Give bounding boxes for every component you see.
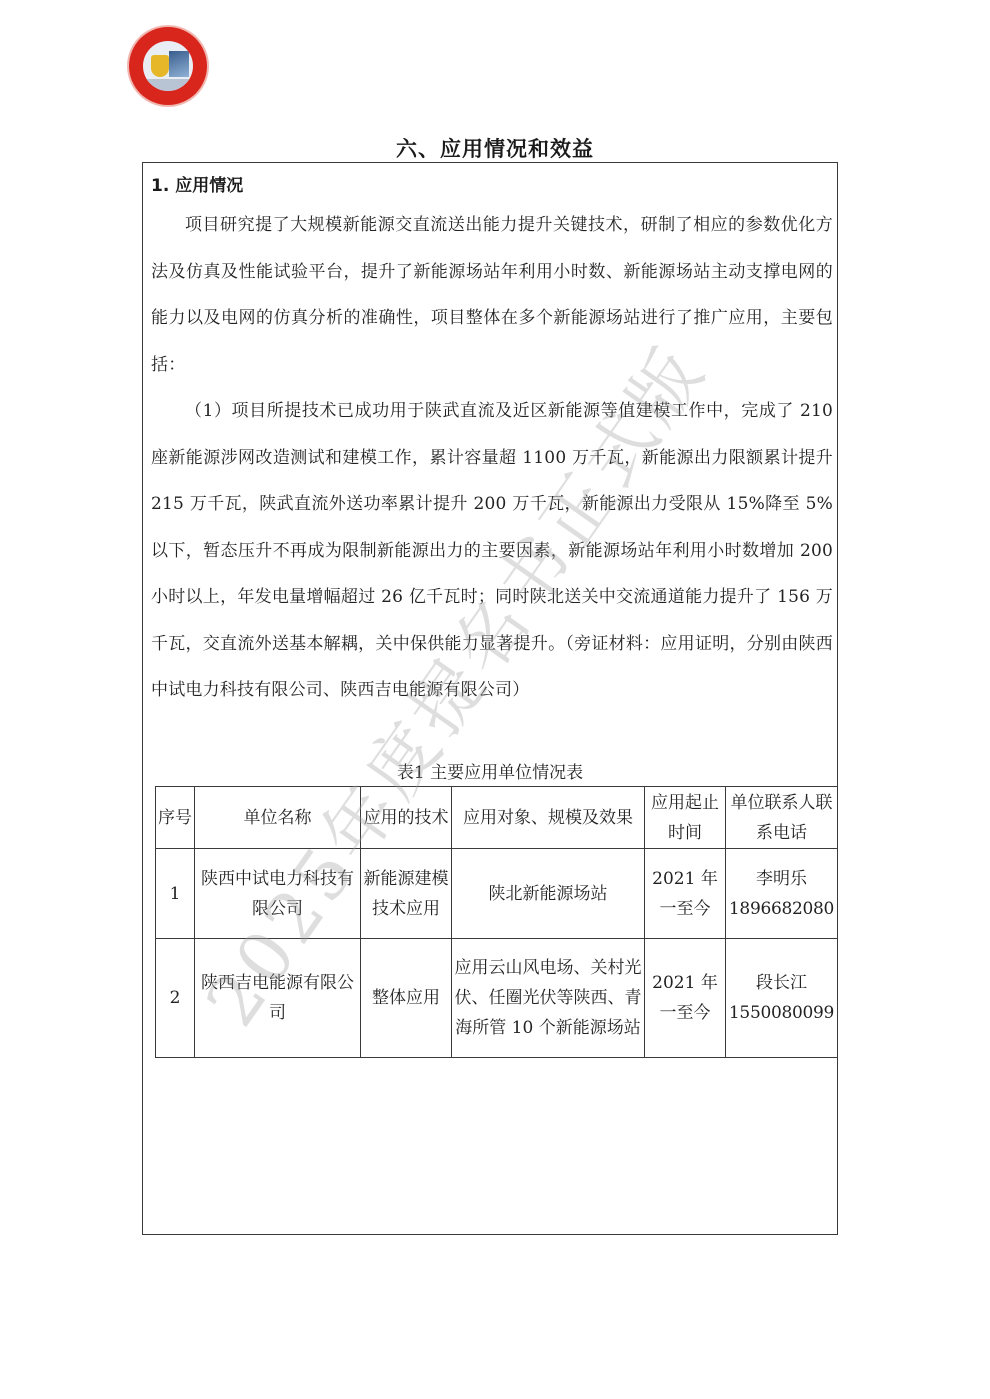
contact-phone: 1550080099	[728, 998, 835, 1028]
header-unit: 单位名称	[195, 787, 361, 849]
paragraph-item-1: （1）项目所提技术已成功用于陕武直流及近区新能源等值建模工作中，完成了 210 …	[151, 388, 833, 714]
cell-period: 2021 年一至今	[645, 849, 726, 939]
contact-name: 李明乐	[728, 864, 835, 894]
paragraph-intro: 项目研究提了大规模新能源交直流送出能力提升关键技术，研制了相应的参数优化方法及仿…	[151, 202, 833, 388]
cell-no: 1	[156, 849, 195, 939]
building-icon	[169, 51, 189, 77]
organization-seal-logo	[129, 27, 207, 105]
cell-unit: 陕西中试电力科技有限公司	[195, 849, 361, 939]
cell-period: 2021 年一至今	[645, 939, 726, 1058]
cell-tech: 新能源建模技术应用	[361, 849, 452, 939]
page-title: 六、应用情况和效益	[0, 133, 990, 163]
trophy-icon	[151, 55, 169, 77]
cell-contact: 李明乐 1896682080	[726, 849, 838, 939]
table-row: 2 陕西吉电能源有限公司 整体应用 应用云山风电场、关村光伏、任圈光伏等陕西、青…	[156, 939, 838, 1058]
table-caption: 表1 主要应用单位情况表	[143, 758, 837, 783]
cell-target: 陕北新能源场站	[452, 849, 645, 939]
seal-emblem-icon	[143, 41, 193, 91]
cell-no: 2	[156, 939, 195, 1058]
cell-contact: 段长江 1550080099	[726, 939, 838, 1058]
application-units-table: 序号 单位名称 应用的技术 应用对象、规模及效果 应用起止时间 单位联系人联系电…	[155, 786, 838, 1058]
header-tech: 应用的技术	[361, 787, 452, 849]
header-period: 应用起止时间	[645, 787, 726, 849]
header-no: 序号	[156, 787, 195, 849]
header-target: 应用对象、规模及效果	[452, 787, 645, 849]
table-header-row: 序号 单位名称 应用的技术 应用对象、规模及效果 应用起止时间 单位联系人联系电…	[156, 787, 838, 849]
header-contact: 单位联系人联系电话	[726, 787, 838, 849]
table-row: 1 陕西中试电力科技有限公司 新能源建模技术应用 陕北新能源场站 2021 年一…	[156, 849, 838, 939]
section-heading: 1. 应用情况	[151, 171, 243, 196]
cell-unit: 陕西吉电能源有限公司	[195, 939, 361, 1058]
content-frame: 1. 应用情况 项目研究提了大规模新能源交直流送出能力提升关键技术，研制了相应的…	[142, 162, 838, 1235]
cell-target: 应用云山风电场、关村光伏、任圈光伏等陕西、青海所管 10 个新能源场站	[452, 939, 645, 1058]
contact-name: 段长江	[728, 968, 835, 998]
cell-tech: 整体应用	[361, 939, 452, 1058]
contact-phone: 1896682080	[728, 894, 835, 924]
